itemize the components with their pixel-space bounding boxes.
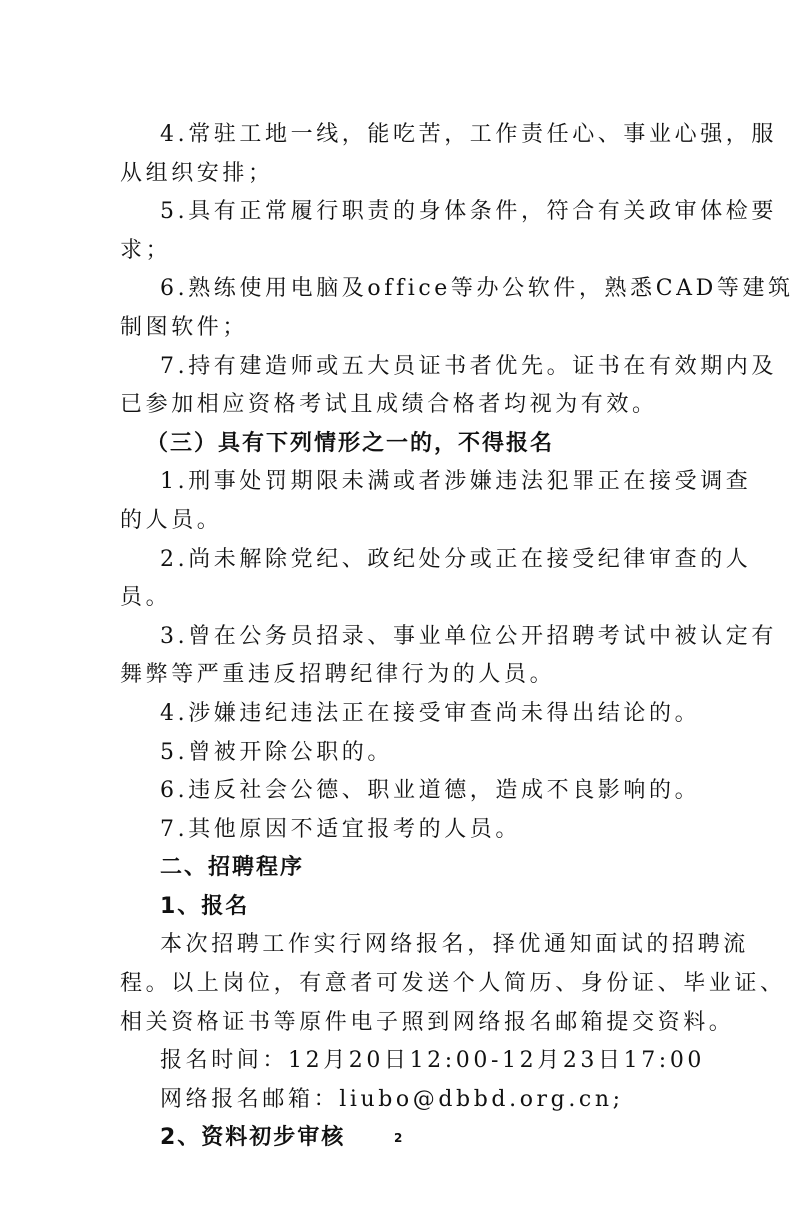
registration-paragraph-line-2: 程。以上岗位，有意者可发送个人简历、身份证、毕业证、 bbox=[120, 965, 690, 1004]
disqualification-3-line-2: 舞弊等严重违反招聘纪律行为的人员。 bbox=[120, 656, 690, 695]
section-heading-recruitment-procedure: 二、招聘程序 bbox=[120, 849, 690, 888]
subheading-preliminary-review: 2、资料初步审核 bbox=[120, 1119, 690, 1158]
registration-paragraph-line-1: 本次招聘工作实行网络报名，择优通知面试的招聘流 bbox=[120, 926, 690, 965]
disqualification-2-line-1: 2.尚未解除党纪、政纪处分或正在接受纪律审查的人 bbox=[120, 541, 690, 580]
requirement-4-line-2: 从组织安排； bbox=[120, 155, 690, 194]
disqualification-1-line-1: 1.刑事处罚期限未满或者涉嫌违法犯罪正在接受调查 bbox=[120, 463, 690, 502]
requirement-6-line-2: 制图软件； bbox=[120, 309, 690, 348]
disqualification-6: 6.违反社会公德、职业道德，造成不良影响的。 bbox=[120, 772, 690, 811]
subheading-registration: 1、报名 bbox=[120, 888, 690, 927]
document-body: 4.常驻工地一线，能吃苦，工作责任心、事业心强，服 从组织安排； 5.具有正常履… bbox=[120, 116, 690, 1158]
disqualification-3-line-1: 3.曾在公务员招录、事业单位公开招聘考试中被认定有 bbox=[120, 618, 690, 657]
disqualification-4: 4.涉嫌违纪违法正在接受审查尚未得出结论的。 bbox=[120, 695, 690, 734]
registration-email: 网络报名邮箱：liubo@dbbd.org.cn; bbox=[120, 1081, 690, 1120]
requirement-7-line-2: 已参加相应资格考试且成绩合格者均视为有效。 bbox=[120, 386, 690, 425]
requirement-5-line-1: 5.具有正常履行职责的身体条件，符合有关政审体检要 bbox=[120, 193, 690, 232]
disqualification-5: 5.曾被开除公职的。 bbox=[120, 734, 690, 773]
registration-paragraph-line-3: 相关资格证书等原件电子照到网络报名邮箱提交资料。 bbox=[120, 1004, 690, 1043]
requirement-7-line-1: 7.持有建造师或五大员证书者优先。证书在有效期内及 bbox=[120, 348, 690, 387]
disqualification-7: 7.其他原因不适宜报考的人员。 bbox=[120, 811, 690, 850]
requirement-5-line-2: 求； bbox=[120, 232, 690, 271]
requirement-4-line-1: 4.常驻工地一线，能吃苦，工作责任心、事业心强，服 bbox=[120, 116, 690, 155]
page-number: 2 bbox=[394, 1131, 402, 1145]
disqualification-1-line-2: 的人员。 bbox=[120, 502, 690, 541]
section-heading-disqualifications: （三）具有下列情形之一的，不得报名 bbox=[120, 425, 690, 464]
registration-time: 报名时间：12月20日12:00-12月23日17:00 bbox=[120, 1042, 690, 1081]
disqualification-2-line-2: 员。 bbox=[120, 579, 690, 618]
requirement-6-line-1: 6.熟练使用电脑及office等办公软件，熟悉CAD等建筑 bbox=[120, 270, 690, 309]
document-page: 4.常驻工地一线，能吃苦，工作责任心、事业心强，服 从组织安排； 5.具有正常履… bbox=[0, 0, 800, 1220]
